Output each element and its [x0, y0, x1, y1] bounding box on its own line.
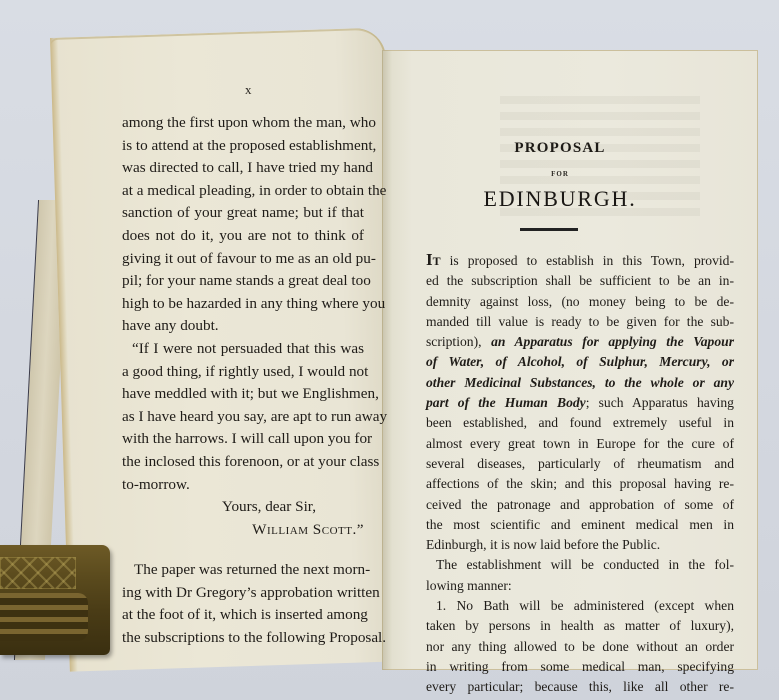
quote-line: with the harrows. I will call upon you f…	[122, 428, 364, 451]
text-line: several diseases, particularly of rheuma…	[426, 454, 734, 474]
text-line: every particular; because this, like all…	[426, 677, 734, 697]
text-line: was directed to call, I have tried my ha…	[122, 157, 364, 180]
brass-book-weight	[0, 545, 110, 655]
text-line: manded till value is ready to be given f…	[426, 312, 734, 332]
text-line: high to be hazarded in any thing where y…	[122, 293, 364, 316]
text-line: does not do it, you are not to think of	[122, 225, 364, 248]
drop-cap: It	[426, 250, 441, 269]
quote-line: as I have heard you say, are apt to run …	[122, 406, 364, 429]
text-line: affections of the skin; and this proposa…	[426, 474, 734, 494]
quote-line: have meddled with it; but we Englishmen,	[122, 383, 364, 406]
text-line: ed the subscription shall be sufficient …	[426, 271, 734, 291]
text-line: nor any thing allowed to be done without…	[426, 637, 734, 657]
text-line: The paper was returned the next morn-	[122, 559, 364, 582]
text-line: almost every great town in Europe for th…	[426, 434, 734, 454]
letter-closing: Yours, dear Sir,	[122, 496, 364, 519]
text-line: sanction of your great name; but if that	[122, 202, 364, 225]
text-line: pil; for your name stands a great deal t…	[122, 270, 364, 293]
text-line: been established, and found extremely us…	[426, 413, 734, 433]
text-line: giving it out of favour to me as an old …	[122, 248, 364, 271]
text-line: The establishment will be conducted in t…	[426, 555, 734, 575]
quote-line: to-morrow.	[122, 474, 364, 497]
text-line: ceived the patronage and approbation of …	[426, 495, 734, 515]
text-line: is to attend at the proposed establishme…	[122, 135, 364, 158]
right-page-text: It is proposed to establish in this Town…	[426, 250, 734, 698]
text-line: part of the Human Body; such Apparatus h…	[426, 393, 734, 413]
text-line: of Water, of Alcohol, of Sulphur, Mercur…	[426, 352, 734, 372]
text-line: taken by persons in health as matter of …	[426, 616, 734, 636]
heading-for: FOR	[480, 170, 640, 178]
quote-line: “If I were not persuaded that this was	[122, 338, 364, 361]
page-number: x	[245, 82, 252, 98]
heading-edinburgh: EDINBURGH.	[470, 186, 650, 212]
text-line: other Medicinal Substances, to the whole…	[426, 373, 734, 393]
text-line: ing with Dr Gregory’s approbation writte…	[122, 582, 364, 605]
text-line: in writing from some medical man, specif…	[426, 657, 734, 677]
text-line: at a medical pleading, in order to obtai…	[122, 180, 364, 203]
left-page-text: among the first upon whom the man, who i…	[122, 112, 364, 650]
text-line: It is proposed to establish in this Town…	[426, 250, 734, 271]
text-line: demnity against loss, (no money being to…	[426, 292, 734, 312]
heading-proposal: PROPOSAL	[480, 140, 640, 157]
heading-rule	[520, 228, 578, 231]
text-line: the subscriptions to the following Propo…	[122, 627, 364, 650]
text-line: 1. No Bath will be administered (except …	[426, 596, 734, 616]
text-line: among the first upon whom the man, who	[122, 112, 364, 135]
text-line: at the foot of it, which is inserted amo…	[122, 604, 364, 627]
text-line: have any doubt.	[122, 315, 364, 338]
text-line: lowing manner:	[426, 576, 734, 596]
letter-signature: William Scott.”	[122, 519, 364, 542]
text-line: the most scientific and eminent medical …	[426, 515, 734, 535]
book-photo: x among the first upon whom the man, who…	[0, 0, 779, 700]
quote-line: a good thing, if rightly used, I would n…	[122, 361, 364, 384]
quote-line: the inclosed this forenoon, or at your c…	[122, 451, 364, 474]
text-line: scription), an Apparatus for applying th…	[426, 332, 734, 352]
text-line: Edinburgh, it is now laid before the Pub…	[426, 535, 734, 555]
